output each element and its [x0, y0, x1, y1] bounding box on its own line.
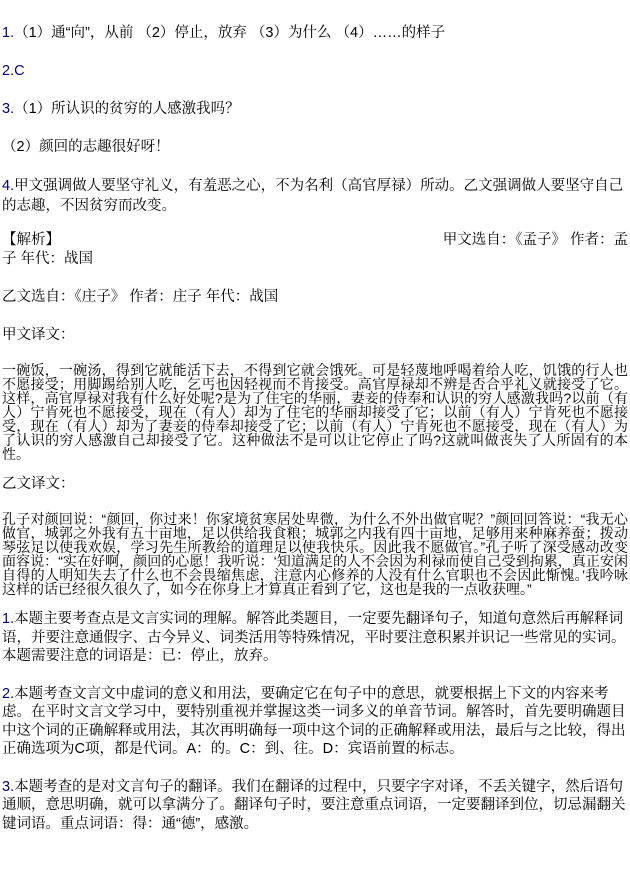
answer-3: 3.（1）所认识的贫穷的人感激我吗？	[2, 100, 628, 119]
answer-1-number: 1.	[2, 25, 14, 41]
jia-translation-text: 一碗饭，一碗汤，得到它就能活下去，不得到它就会饿死。可是轻蔑地呼喝着给人吃，饥饿…	[2, 363, 628, 461]
explanation-3: 3.本题考查的是对文言句子的翻译。我们在翻译的过程中，只要字字对译，不丢关键字，…	[2, 778, 628, 834]
explanation-2-number: 2.	[2, 686, 14, 702]
analysis-header-row: 【解析】 甲文选自：《孟子》 作者：孟	[2, 231, 628, 250]
answer-4-number: 4.	[2, 178, 14, 194]
answer-1-text: （1）通“向”，从前 （2）停止，放弃 （3）为什么 （4）……的样子	[14, 25, 445, 41]
explanation-1-text: 本题主要考查点是文言实词的理解。解答此类题目，一定要先翻译句子，知道句意然后再解…	[2, 611, 626, 664]
answer-1: 1.（1）通“向”，从前 （2）停止，放弃 （3）为什么 （4）……的样子	[2, 24, 628, 43]
explanation-1-number: 1.	[2, 611, 14, 627]
answer-4: 4.甲文强调做人要坚守礼义，有羞恶之心，不为名利（高官厚禄）所动。乙文强调做人要…	[2, 176, 628, 216]
explanation-2-text: 本题考查文言文中虚词的意义和用法，要确定它在句子中的意思，就要根据上下文的内容来…	[2, 686, 626, 758]
answer-3b-text: （2）颜回的志趣很好呀！	[2, 139, 170, 155]
answer-2-text: C	[14, 63, 24, 79]
answer-2-number: 2.	[2, 63, 14, 79]
yi-translation-text: 孔子对颜回说：“颜回，你过来！你家境贫寒居处卑微，为什么不外出做官呢？”颜回回答…	[2, 512, 628, 596]
jia-source-line2: 子 年代：战国	[2, 250, 628, 269]
yi-source: 乙文选自：《庄子》 作者：庄子 年代：战国	[2, 288, 628, 307]
analysis-label: 【解析】	[2, 231, 60, 250]
jia-source-line1: 甲文选自：《孟子》 作者：孟	[443, 231, 628, 250]
explanation-1: 1.本题主要考查点是文言实词的理解。解答此类题目，一定要先翻译句子，知道句意然后…	[2, 610, 628, 666]
answer-sheet-page: 1.（1）通“向”，从前 （2）停止，放弃 （3）为什么 （4）……的样子 2.…	[0, 0, 630, 883]
jia-translation-label: 甲文译文：	[2, 326, 628, 345]
answer-3-number: 3.	[2, 101, 14, 117]
explanation-3-number: 3.	[2, 779, 14, 795]
explanation-3-text: 本题考查的是对文言句子的翻译。我们在翻译的过程中，只要字字对译，不丢关键字，然后…	[2, 779, 626, 832]
yi-translation-label: 乙文译文：	[2, 475, 628, 494]
analysis-header: 【解析】 甲文选自：《孟子》 作者：孟 子 年代：战国	[2, 231, 628, 269]
answer-4-text: 甲文强调做人要坚守礼义，有羞恶之心，不为名利（高官厚禄）所动。乙文强调做人要坚守…	[2, 178, 623, 214]
answer-3b: （2）颜回的志趣很好呀！	[2, 138, 628, 157]
explanation-2: 2.本题考查文言文中虚词的意义和用法，要确定它在句子中的意思，就要根据上下文的内…	[2, 685, 628, 759]
answer-3-text: （1）所认识的贫穷的人感激我吗？	[14, 101, 240, 117]
answer-2: 2.C	[2, 62, 628, 81]
